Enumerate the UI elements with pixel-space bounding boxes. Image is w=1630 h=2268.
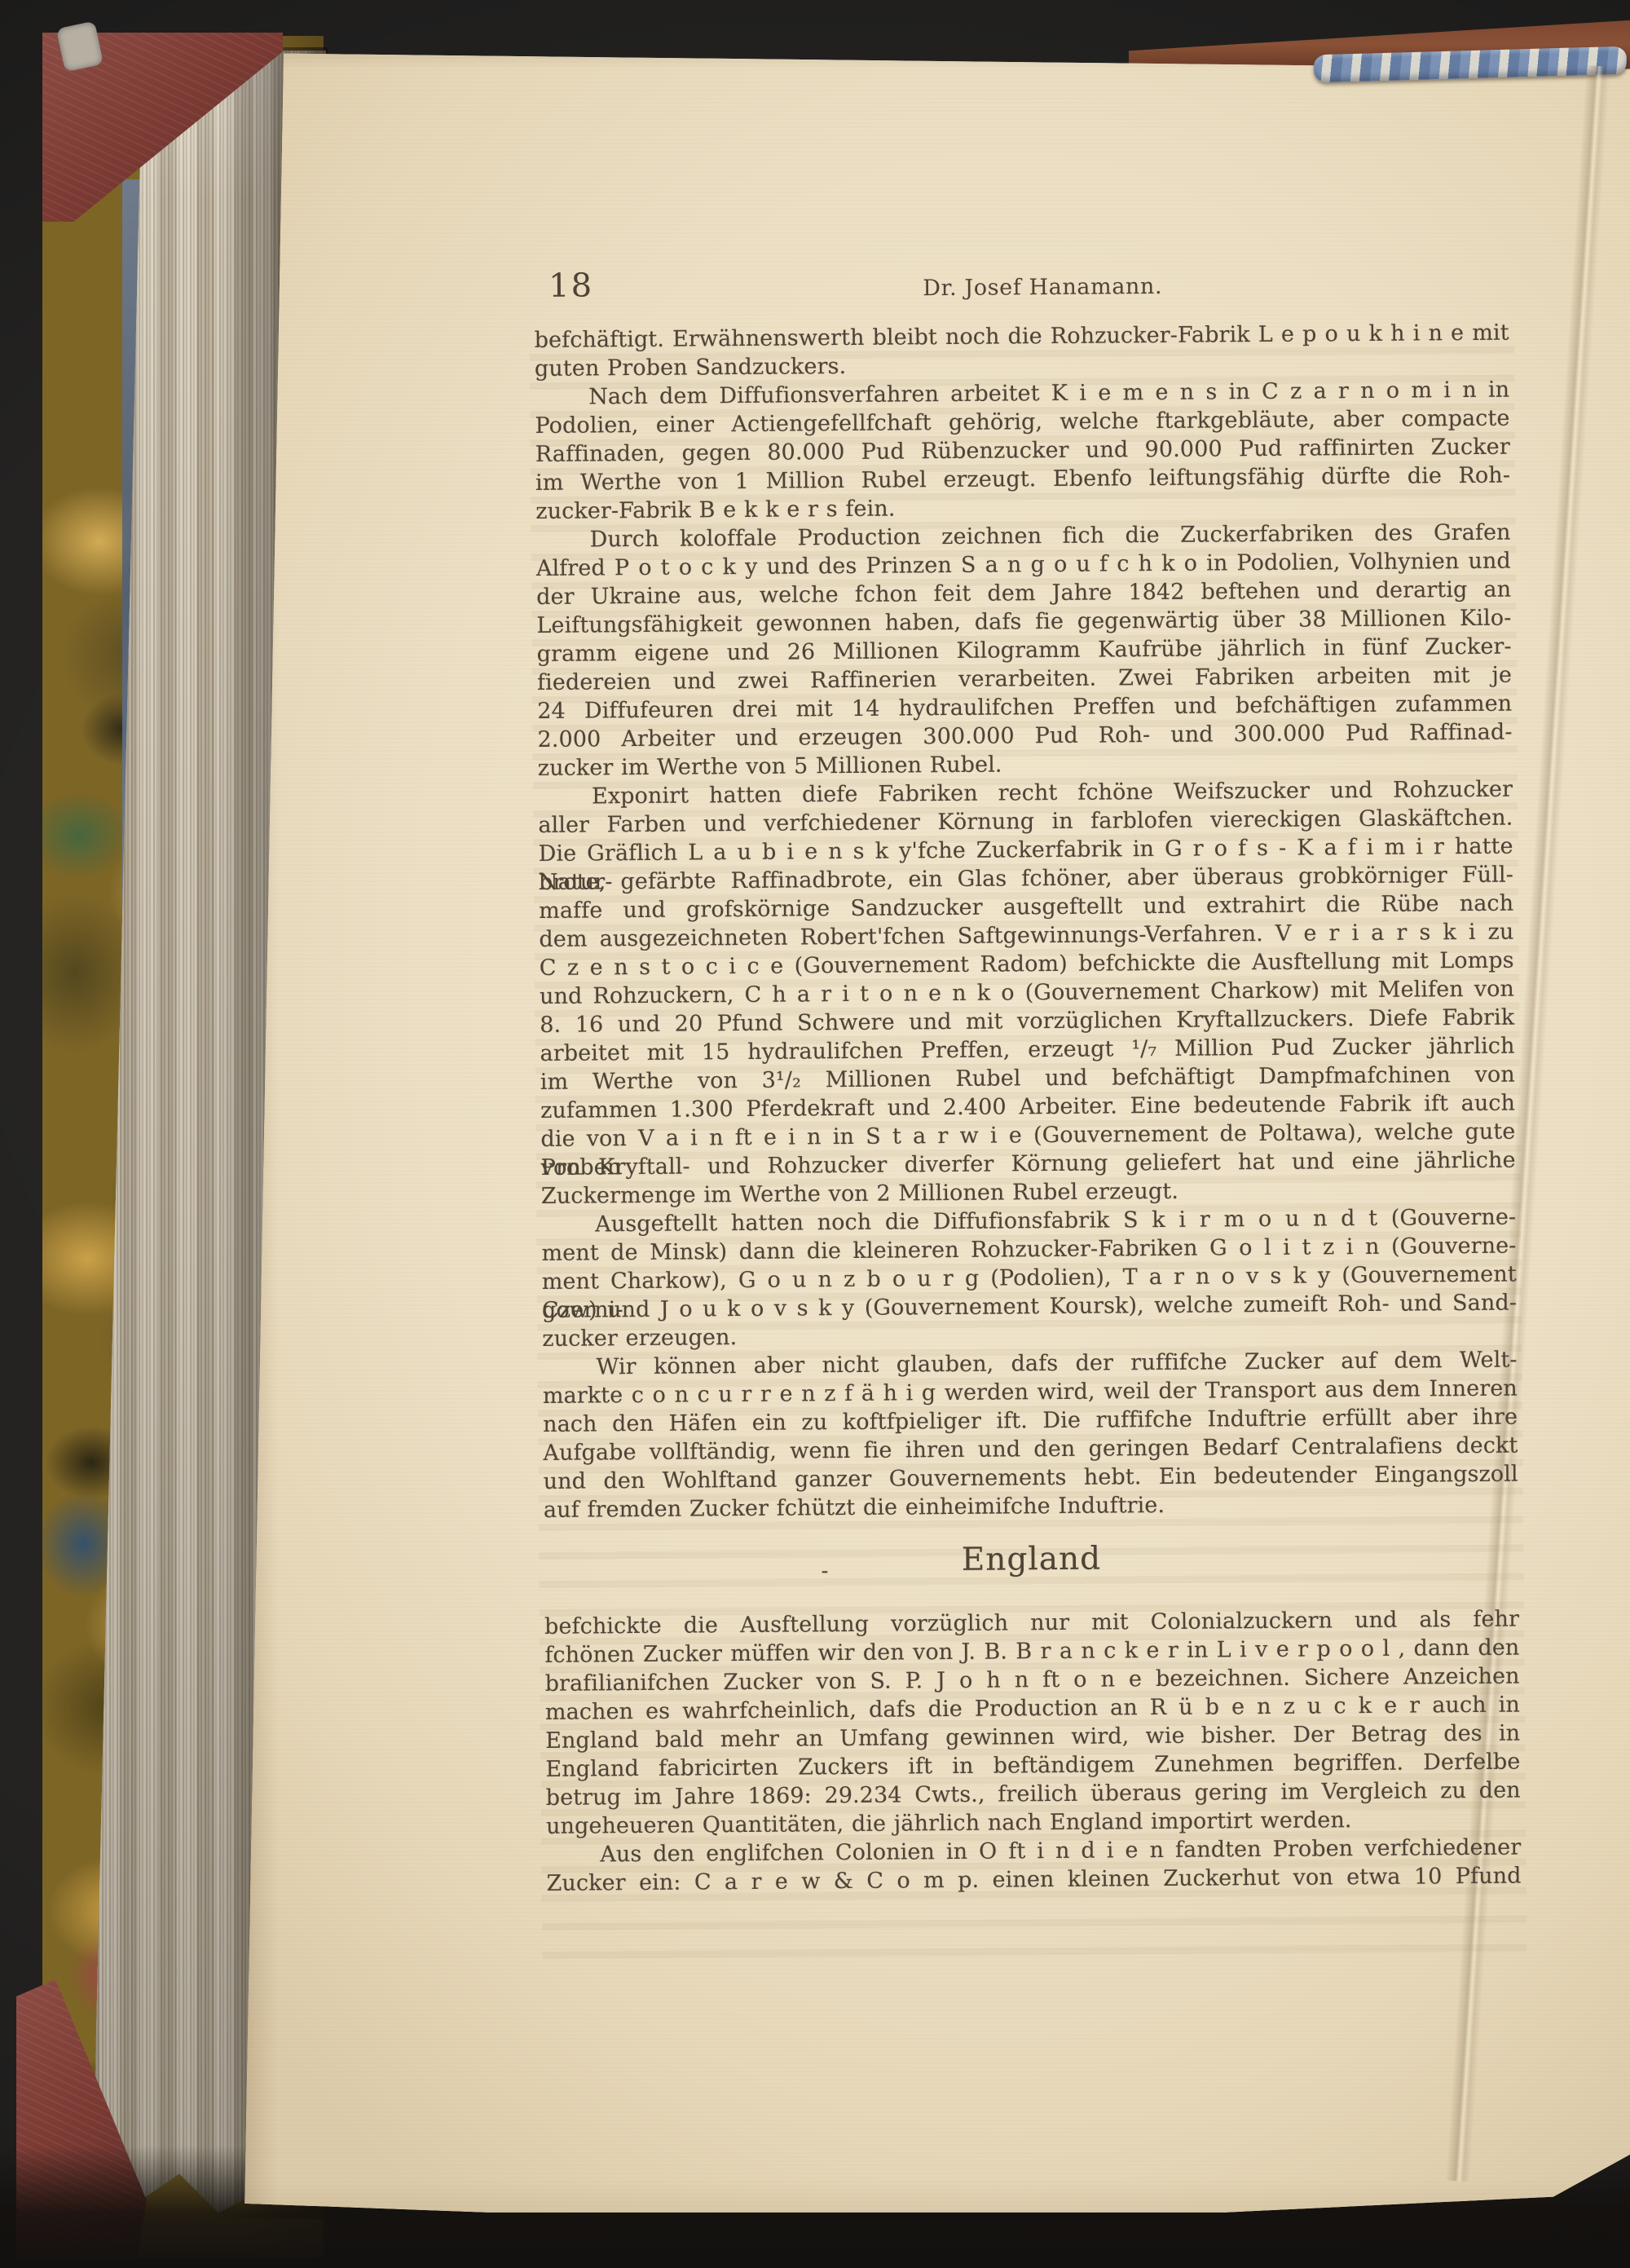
- page-content: 18 Dr. Josef Hanamann. befchäftigt. Erwä…: [534, 260, 1522, 1898]
- paragraph: befchäftigt. Erwähnenswerth bleibt noch …: [535, 319, 1510, 383]
- paragraph: Durch koloffale Production zeichnen fich…: [535, 518, 1512, 783]
- heading-text: England: [962, 1541, 1102, 1578]
- paragraph: Ausgeftellt hatten noch die Diffufionsfa…: [541, 1203, 1517, 1353]
- paragraph: Aus den englifchen Colonien in O ft i n …: [546, 1833, 1522, 1898]
- page-body-text: befchäftigt. Erwähnenswerth bleibt noch …: [535, 319, 1522, 1898]
- worn-cover-patch: [56, 21, 104, 73]
- paragraph: befchickte die Ausftellung vorzüglich nu…: [544, 1605, 1521, 1841]
- heading-mark: -: [821, 1553, 829, 1589]
- paragraph: Exponirt hatten diefe Fabriken recht fch…: [538, 775, 1516, 1211]
- book-photo: 18 Dr. Josef Hanamann. befchäftigt. Erwä…: [0, 0, 1630, 2268]
- paragraph: Wir können aber nicht glauben, dafs der …: [542, 1346, 1518, 1525]
- section-heading: -England: [544, 1538, 1518, 1582]
- running-header: Dr. Josef Hanamann.: [555, 271, 1530, 303]
- paragraph: Nach dem Diffufionsverfahren arbeitet K …: [535, 376, 1510, 526]
